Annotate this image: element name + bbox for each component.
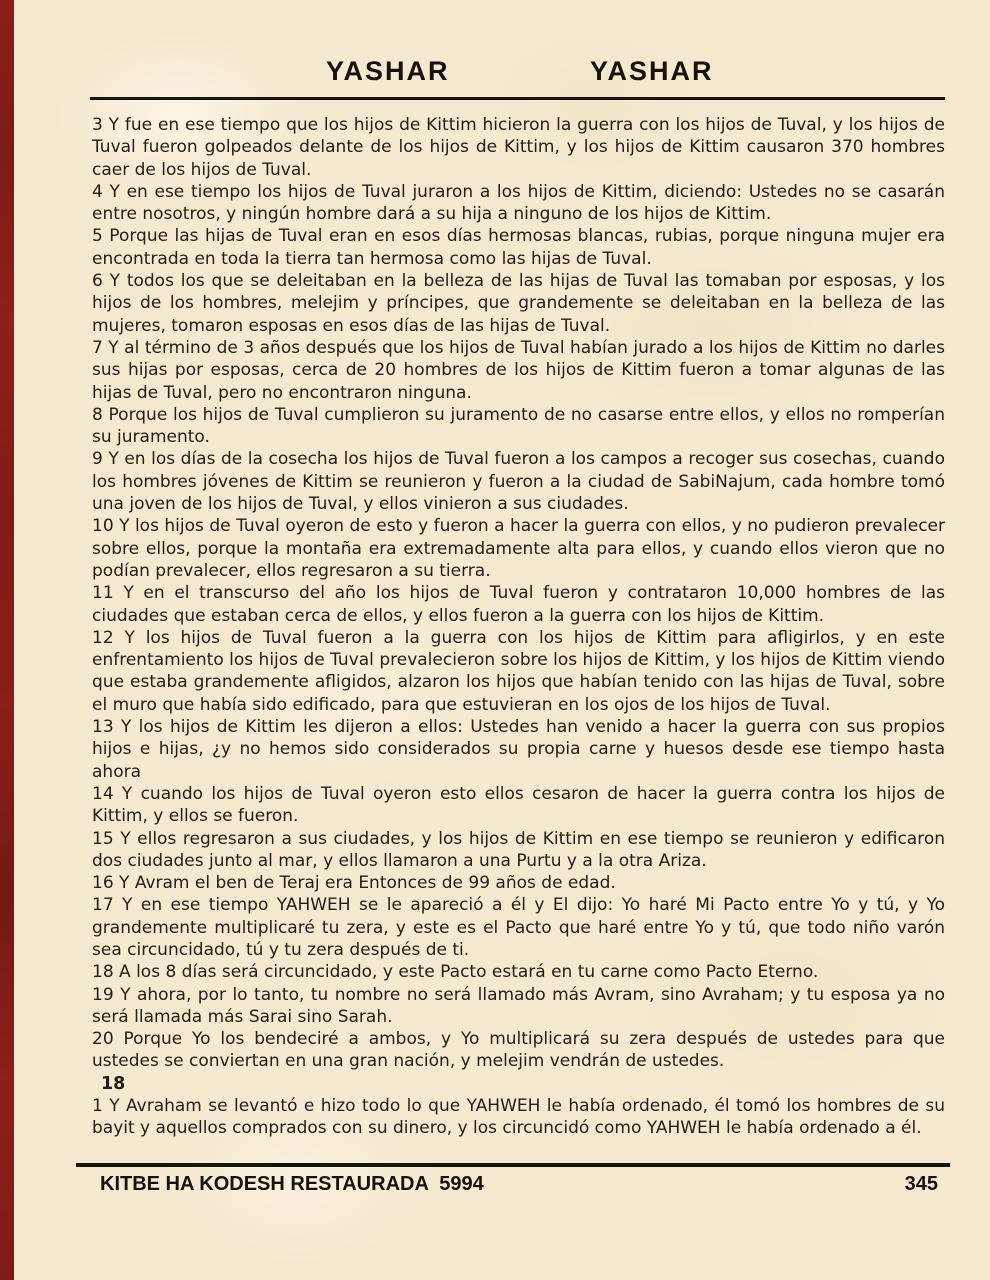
verse-paragraph: 12 Y los hijos de Tuval fueron a la guer…: [92, 627, 945, 716]
left-red-stripe: [0, 0, 14, 1280]
verse-paragraph: 4 Y en ese tiempo los hijos de Tuval jur…: [92, 181, 945, 226]
verse-paragraph: 15 Y ellos regresaron a sus ciudades, y …: [92, 828, 945, 873]
page-footer: KITBE HA KODESH RESTAURADA 5994 345: [100, 1173, 938, 1196]
verse-paragraph: 9 Y en los días de la cosecha los hijos …: [92, 448, 945, 515]
header-rule: [90, 97, 945, 100]
footer-rule: [76, 1163, 950, 1167]
verse-paragraph: 6 Y todos los que se deleitaban en la be…: [92, 270, 945, 337]
verse-paragraph: 16 Y Avram el ben de Teraj era Entonces …: [92, 872, 945, 894]
verse-paragraph: 10 Y los hijos de Tuval oyeron de esto y…: [92, 515, 945, 582]
verse-paragraph: 1 Y Avraham se levantó e hizo todo lo qu…: [92, 1095, 945, 1140]
footer-page-number: 345: [905, 1173, 938, 1196]
verse-paragraph: 8 Porque los hijos de Tuval cumplieron s…: [92, 404, 945, 449]
running-title-right: YASHAR: [590, 56, 714, 87]
verse-paragraph: 19 Y ahora, por lo tanto, tu nombre no s…: [92, 984, 945, 1029]
page: { "document": { "header": { "left_runnin…: [0, 0, 990, 1280]
verse-paragraph: 14 Y cuando los hijos de Tuval oyeron es…: [92, 783, 945, 828]
verse-paragraph: 11 Y en el transcurso del año los hijos …: [92, 582, 945, 627]
verse-paragraph: 3 Y fue en ese tiempo que los hijos de K…: [92, 114, 945, 181]
verse-paragraph: 17 Y en ese tiempo YAHWEH se le apareció…: [92, 894, 945, 961]
running-title-left: YASHAR: [326, 56, 450, 87]
verse-paragraph: 18 A los 8 días será circuncidado, y est…: [92, 961, 945, 983]
verse-paragraph: 7 Y al término de 3 años después que los…: [92, 337, 945, 404]
footer-book-title: KITBE HA KODESH RESTAURADA 5994: [100, 1173, 484, 1196]
chapter-heading: 18: [92, 1073, 945, 1095]
page-body: 3 Y fue en ese tiempo que los hijos de K…: [92, 114, 945, 1140]
running-header: YASHAR YASHAR: [0, 56, 990, 90]
verse-paragraph: 13 Y los hijos de Kittim les dijeron a e…: [92, 716, 945, 783]
verse-paragraph: 5 Porque las hijas de Tuval eran en esos…: [92, 225, 945, 270]
verse-paragraph: 20 Porque Yo los bendeciré a ambos, y Yo…: [92, 1028, 945, 1073]
